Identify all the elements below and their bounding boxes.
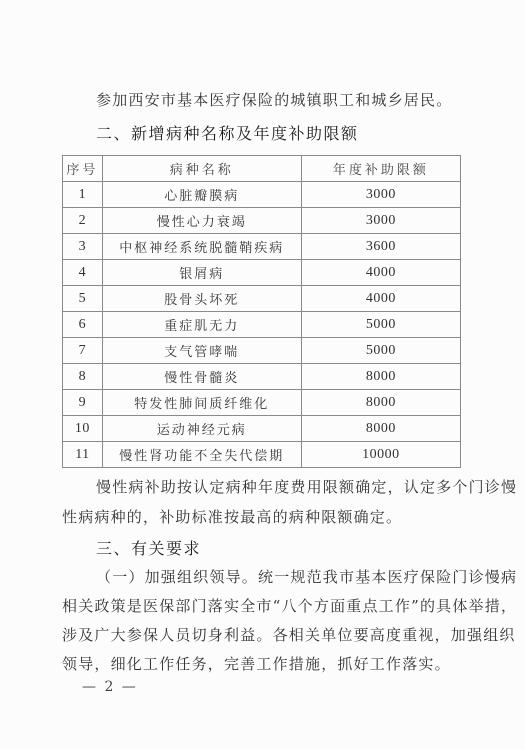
paragraph-line: 相关政策是医保部门落实全市“八个方面重点工作”的具体举措， [62,595,517,616]
cell-serial-no: 11 [63,442,103,468]
header-serial-no: 序号 [63,156,103,182]
cell-serial-no: 4 [63,260,103,286]
cell-annual-limit: 4000 [301,260,460,286]
table-row: 8 慢性骨髓炎 8000 [63,364,461,390]
cell-serial-no: 9 [63,390,103,416]
table-header-row: 序号 病种名称 年度补助限额 [63,156,461,182]
table-row: 11 慢性肾功能不全失代偿期 10000 [63,442,461,468]
cell-serial-no: 5 [63,286,103,312]
table-row: 1 心脏瓣膜病 3000 [63,182,461,208]
cell-serial-no: 10 [63,416,103,442]
cell-annual-limit: 8000 [301,364,460,390]
cell-serial-no: 8 [63,364,103,390]
section-heading-3: 三、有关要求 [96,536,201,559]
cell-disease-name: 慢性肾功能不全失代偿期 [102,442,301,468]
cell-annual-limit: 3000 [301,182,460,208]
cell-annual-limit: 8000 [301,390,460,416]
header-disease-name: 病种名称 [102,156,301,182]
table-row: 2 慢性心力衰竭 3000 [63,208,461,234]
cell-disease-name: 慢性心力衰竭 [102,208,301,234]
cell-annual-limit: 3600 [301,234,460,260]
intro-line: 参加西安市基本医疗保险的城镇职工和城乡居民。 [96,89,452,110]
cell-annual-limit: 3000 [301,208,460,234]
cell-serial-no: 3 [63,234,103,260]
cell-annual-limit: 5000 [301,338,460,364]
cell-disease-name: 慢性骨髓炎 [102,364,301,390]
section-heading-2: 二、新增病种名称及年度补助限额 [96,121,359,144]
cell-serial-no: 2 [63,208,103,234]
table-row: 3 中枢神经系统脱髓鞘疾病 3600 [63,234,461,260]
cell-disease-name: 支气管哮喘 [102,338,301,364]
paragraph-line: 性病病种的，补助标准按最高的病种限额确定。 [62,506,402,527]
table-row: 9 特发性肺间质纤维化 8000 [63,390,461,416]
paragraph-line: 领导，细化工作任务，完善工作措施，抓好工作落实。 [62,653,451,674]
page-number: — 2 — [82,679,138,695]
paragraph-line: 涉及广大参保人员切身利益。各相关单位要高度重视，加强组织 [62,624,516,645]
table-row: 5 股骨头坏死 4000 [63,286,461,312]
cell-annual-limit: 4000 [301,286,460,312]
cell-disease-name: 股骨头坏死 [102,286,301,312]
table-row: 6 重症肌无力 5000 [63,312,461,338]
cell-serial-no: 6 [63,312,103,338]
cell-serial-no: 7 [63,338,103,364]
table-row: 4 银屑病 4000 [63,260,461,286]
disease-subsidy-table: 序号 病种名称 年度补助限额 1 心脏瓣膜病 3000 2 慢性心力衰竭 300… [62,155,461,468]
cell-disease-name: 重症肌无力 [102,312,301,338]
header-annual-limit: 年度补助限额 [301,156,460,182]
table-row: 10 运动神经元病 8000 [63,416,461,442]
cell-annual-limit: 10000 [301,442,460,468]
cell-annual-limit: 5000 [301,312,460,338]
cell-disease-name: 心脏瓣膜病 [102,182,301,208]
cell-serial-no: 1 [63,182,103,208]
cell-disease-name: 特发性肺间质纤维化 [102,390,301,416]
cell-disease-name: 运动神经元病 [102,416,301,442]
paragraph-line: （一）加强组织领导。统一规范我市基本医疗保险门诊慢病 [96,566,517,587]
cell-annual-limit: 8000 [301,416,460,442]
table-row: 7 支气管哮喘 5000 [63,338,461,364]
paragraph-line: 慢性病补助按认定病种年度费用限额确定，认定多个门诊慢 [96,476,517,497]
cell-disease-name: 银屑病 [102,260,301,286]
cell-disease-name: 中枢神经系统脱髓鞘疾病 [102,234,301,260]
